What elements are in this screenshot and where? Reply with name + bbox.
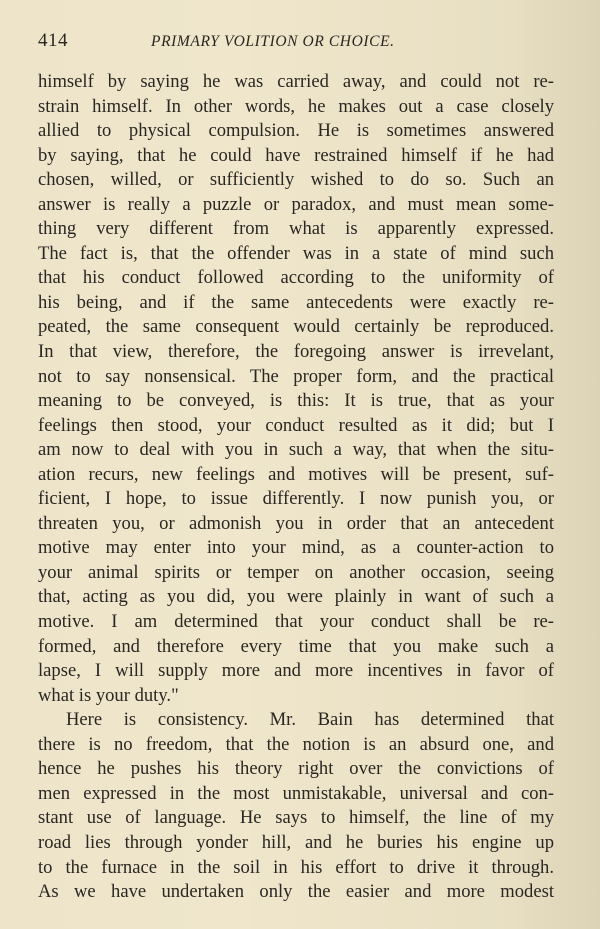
text-line: am now to deal with you in such a way, t…: [38, 438, 554, 463]
text-line: ficient, I hope, to issue differently. I…: [38, 487, 554, 512]
text-line: As we have undertaken only the easier an…: [38, 880, 554, 905]
text-line: motive may enter into your mind, as a co…: [38, 536, 554, 561]
text-line: In that view, therefore, the foregoing a…: [38, 340, 554, 365]
text-line: not to say nonsensical. The proper form,…: [38, 365, 554, 390]
text-line: there is no freedom, that the notion is …: [38, 733, 554, 758]
text-line: The fact is, that the offender was in a …: [38, 242, 554, 267]
text-line: hence he pushes his theory right over th…: [38, 757, 554, 782]
text-line: what is your duty.": [38, 684, 554, 709]
body-text: himself by saying he was carried away, a…: [38, 70, 554, 905]
text-line: threaten you, or admonish you in order t…: [38, 512, 554, 537]
book-page: 414 PRIMARY VOLITION OR CHOICE. himself …: [0, 0, 600, 929]
text-line: formed, and therefore every time that yo…: [38, 635, 554, 660]
text-line: to the furnace in the soil in his effort…: [38, 856, 554, 881]
text-line: himself by saying he was carried away, a…: [38, 70, 554, 95]
text-line: chosen, willed, or sufficiently wished t…: [38, 168, 554, 193]
text-line: your animal spirits or temper on another…: [38, 561, 554, 586]
text-line: answer is really a puzzle or paradox, an…: [38, 193, 554, 218]
text-line: that his conduct followed according to t…: [38, 266, 554, 291]
text-line: by saying, that he could have restrained…: [38, 144, 554, 169]
text-line: motive. I am determined that your conduc…: [38, 610, 554, 635]
text-line: that, acting as you did, you were plainl…: [38, 585, 554, 610]
text-line: stant use of language. He says to himsel…: [38, 806, 554, 831]
running-title: PRIMARY VOLITION OR CHOICE.: [151, 33, 395, 51]
page-number: 414: [38, 30, 68, 52]
text-line: thing very different from what is appare…: [38, 217, 554, 242]
text-line: strain himself. In other words, he makes…: [38, 95, 554, 120]
text-line: allied to physical compulsion. He is som…: [38, 119, 554, 144]
running-head: 414 PRIMARY VOLITION OR CHOICE.: [38, 30, 558, 54]
text-line: road lies through yonder hill, and he bu…: [38, 831, 554, 856]
text-line: meaning to be conveyed, is this: It is t…: [38, 389, 554, 414]
paragraph-start-line: Here is consistency. Mr. Bain has determ…: [38, 708, 554, 733]
text-line: feelings then stood, your conduct result…: [38, 414, 554, 439]
text-line: peated, the same consequent would certai…: [38, 315, 554, 340]
text-line: lapse, I will supply more and more incen…: [38, 659, 554, 684]
text-line: ation recurs, new feelings and motives w…: [38, 463, 554, 488]
text-line: his being, and if the same antecedents w…: [38, 291, 554, 316]
text-line: men expressed in the most unmistakable, …: [38, 782, 554, 807]
